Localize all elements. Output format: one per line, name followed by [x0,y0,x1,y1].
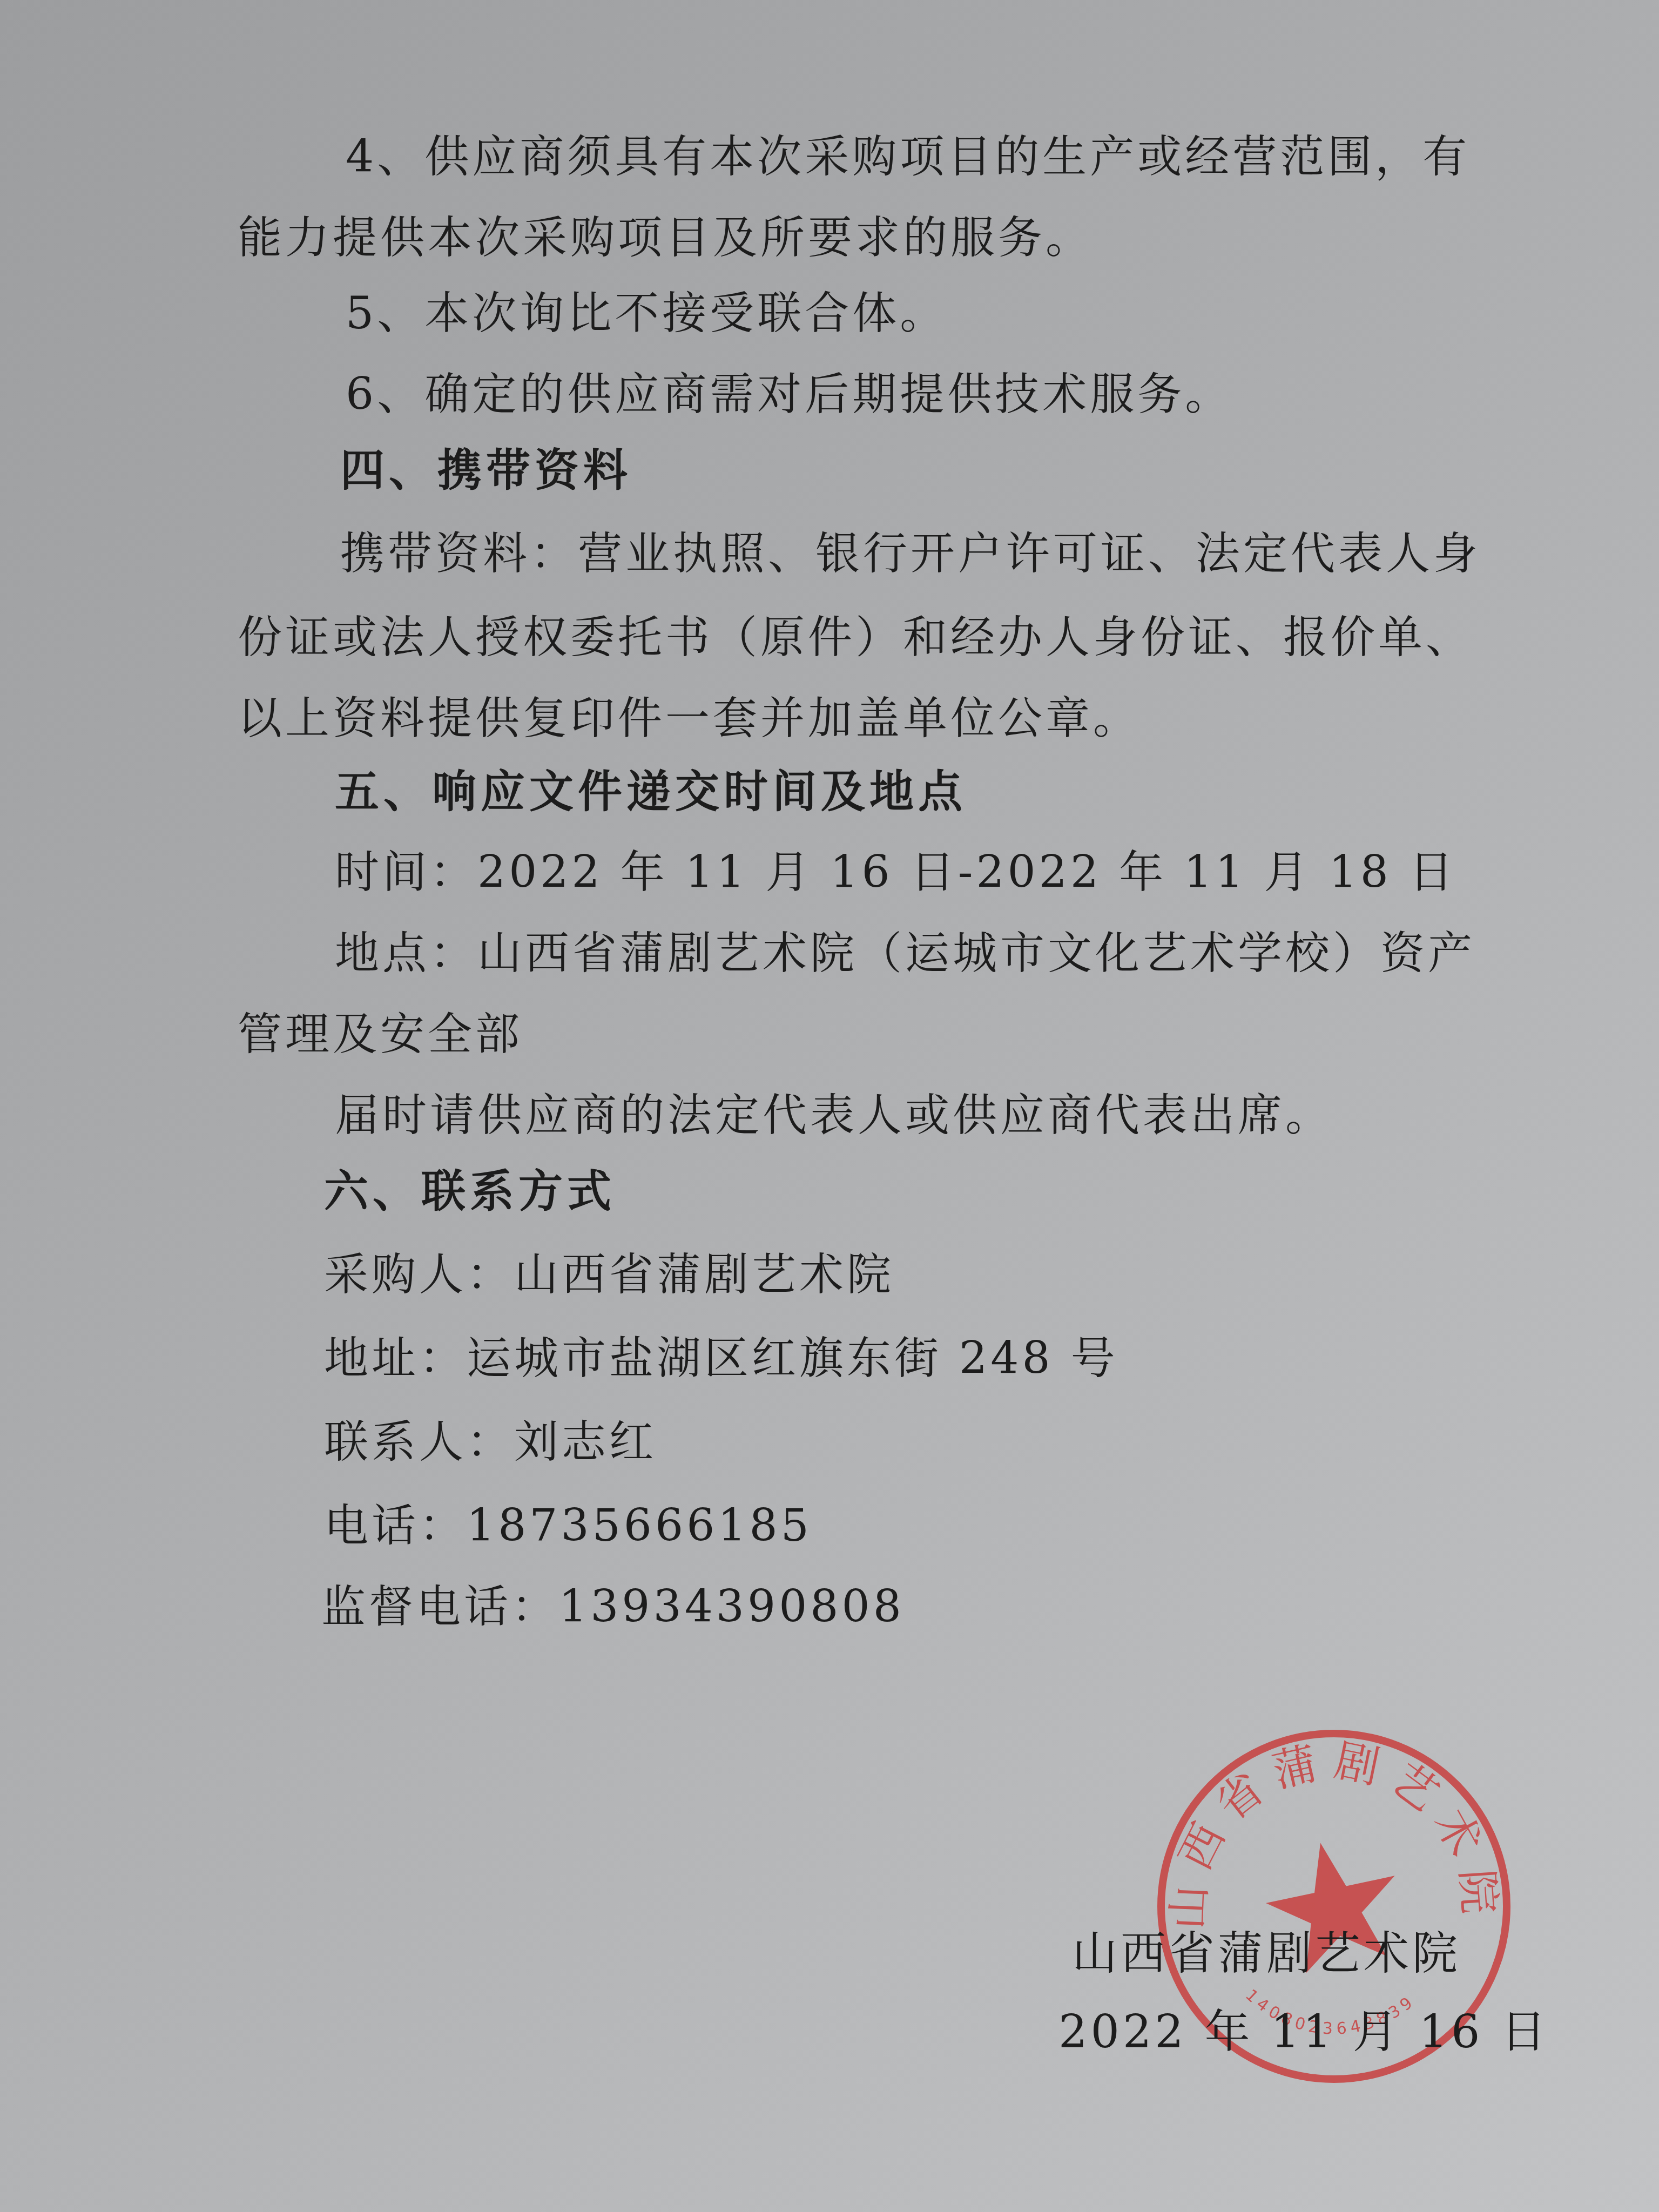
requirement-4-line1: 4、供应商须具有本次采购项目的生产或经营范围，有 [346,135,1470,179]
submission-place-line1: 地点：山西省蒲剧艺术院（运城市文化艺术学校）资产 [335,932,1475,976]
section-6-heading: 六、联系方式 [324,1169,616,1213]
contact-person: 联系人：刘志红 [324,1420,657,1465]
requirement-4-line2: 能力提供本次采购项目及所要求的服务。 [238,216,1093,260]
signature-date: 2022 年 11 月 16 日 [1058,2009,1549,2054]
purchaser: 采购人：山西省蒲剧艺术院 [324,1253,894,1297]
requirement-6: 6、确定的供应商需对后期提供技术服务。 [346,373,1232,417]
address: 地址：运城市盐湖区红旗东街 248 号 [324,1337,1118,1381]
submission-time: 时间：2022 年 11 月 16 日-2022 年 11 月 18 日 [335,851,1456,895]
requirement-5: 5、本次询比不接受联合体。 [346,292,947,336]
section-4-line3: 以上资料提供复印件一套并加盖单位公章。 [238,697,1141,741]
section-4-heading: 四、携带资料 [340,448,632,493]
submission-place-line2: 管理及安全部 [238,1013,523,1057]
supervision-phone: 监督电话：13934390808 [321,1585,905,1629]
section-5-heading: 五、响应文件递交时间及地点 [335,770,967,814]
phone: 电话：18735666185 [324,1504,812,1548]
document-page: 4、供应商须具有本次采购项目的生产或经营范围，有 能力提供本次采购项目及所要求的… [0,0,1659,2212]
signature-organization: 山西省蒲剧艺术院 [1072,1931,1461,1976]
attendance-note: 届时请供应商的法定代表人或供应商代表出席。 [335,1094,1333,1138]
section-4-line2: 份证或法人授权委托书（原件）和经办人身份证、报价单、 [238,616,1473,660]
section-4-line1: 携带资料：营业执照、银行开户许可证、法定代表人身 [340,532,1481,576]
